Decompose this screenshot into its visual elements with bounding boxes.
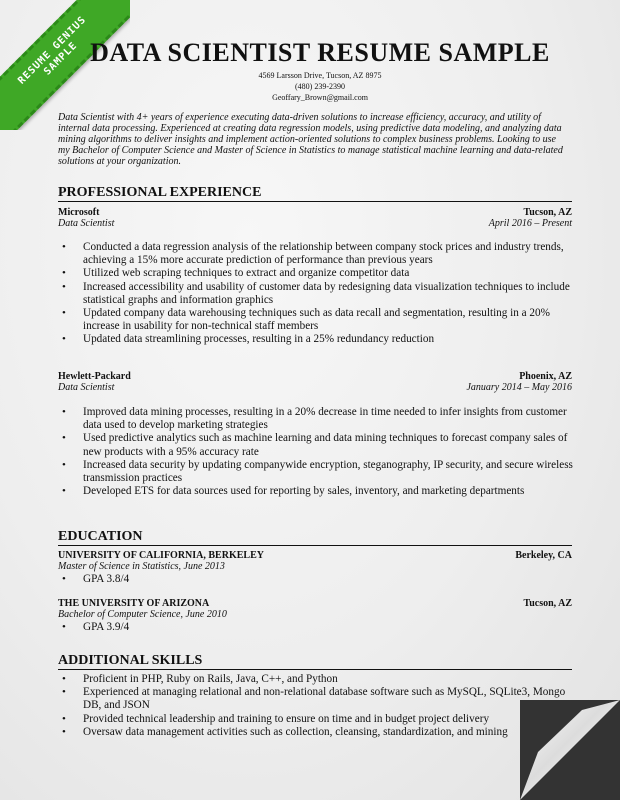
school-name: THE UNIVERSITY OF ARIZONA [58,598,209,609]
skills-bullets: Proficient in PHP, Ruby on Rails, Java, … [58,673,583,739]
school-location: Berkeley, CA [515,550,572,561]
job-bullets: Improved data mining processes, resultin… [58,406,583,498]
section-heading-experience: PROFESSIONAL EXPERIENCE [58,186,572,202]
list-item: Proficient in PHP, Ruby on Rails, Java, … [83,673,583,686]
job-title: Data Scientist [58,382,114,393]
list-item: Used predictive analytics such as machin… [83,432,583,458]
job-header: Microsoft Tucson, AZ [58,207,572,218]
job-title: Data Scientist [58,218,114,229]
address: 4569 Larsson Drive, Tucson, AZ 8975 [20,70,620,81]
school-degree-row: Master of Science in Statistics, June 20… [58,561,572,572]
job-header: Hewlett-Packard Phoenix, AZ [58,371,572,382]
company-name: Microsoft [58,207,99,218]
list-item: Provided technical leadership and traini… [83,713,583,726]
school-header: UNIVERSITY OF CALIFORNIA, BERKELEY Berke… [58,550,572,561]
list-item: Increased accessibility and usability of… [83,281,583,307]
job-dates: January 2014 – May 2016 [466,382,572,393]
list-item: GPA 3.8/4 [83,573,583,586]
email: Geoffary_Brown@gmail.com [20,92,620,103]
school-header: THE UNIVERSITY OF ARIZONA Tucson, AZ [58,598,572,609]
list-item: GPA 3.9/4 [83,621,583,634]
job-bullets: Conducted a data regression analysis of … [58,241,583,347]
school-degree: Master of Science in Statistics, June 20… [58,561,225,572]
list-item: Increased data security by updating comp… [83,459,583,485]
school-degree: Bachelor of Computer Science, June 2010 [58,609,227,620]
school-name: UNIVERSITY OF CALIFORNIA, BERKELEY [58,550,264,561]
section-heading-skills: ADDITIONAL SKILLS [58,654,572,670]
company-name: Hewlett-Packard [58,371,131,382]
school-location: Tucson, AZ [523,598,572,609]
list-item: Updated company data warehousing techniq… [83,307,583,333]
resume-title: DATA SCIENTIST RESUME SAMPLE [0,38,620,68]
school-bullets: GPA 3.8/4 [58,573,583,586]
job-location: Phoenix, AZ [519,371,572,382]
list-item: Improved data mining processes, resultin… [83,406,583,432]
list-item: Conducted a data regression analysis of … [83,241,583,267]
job-location: Tucson, AZ [523,207,572,218]
section-heading-education: EDUCATION [58,530,572,546]
job-dates: April 2016 – Present [489,218,572,229]
school-degree-row: Bachelor of Computer Science, June 2010 [58,609,572,620]
contact-info: 4569 Larsson Drive, Tucson, AZ 8975 (480… [0,70,620,103]
summary: Data Scientist with 4+ years of experien… [58,112,568,167]
list-item: Utilized web scraping techniques to extr… [83,267,583,280]
list-item: Experienced at managing relational and n… [83,686,583,712]
phone: (480) 239-2390 [20,81,620,92]
job-subheader: Data Scientist January 2014 – May 2016 [58,382,572,393]
list-item: Developed ETS for data sources used for … [83,485,583,498]
school-bullets: GPA 3.9/4 [58,621,583,634]
list-item: Oversaw data management activities such … [83,726,583,739]
job-subheader: Data Scientist April 2016 – Present [58,218,572,229]
list-item: Updated data streamlining processes, res… [83,333,583,346]
